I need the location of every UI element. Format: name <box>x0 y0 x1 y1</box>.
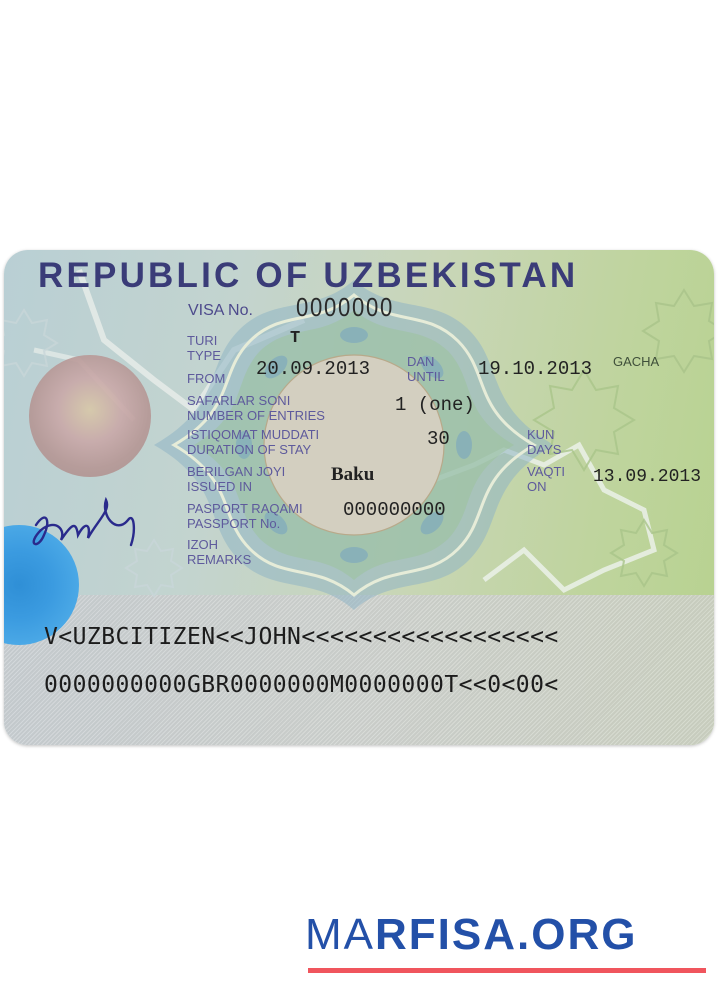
duration-unit: KUN DAYS <box>527 427 561 457</box>
watermark-underline <box>308 968 706 973</box>
mrz-line-1: V<UZBCITIZEN<<JOHN<<<<<<<<<<<<<<<<<< <box>44 624 559 650</box>
issued-on-label: VAQTI ON <box>527 464 565 494</box>
until-label: DAN UNTIL <box>407 354 445 384</box>
issued-on-value: 13.09.2013 <box>593 467 701 487</box>
from-value: 20.09.2013 <box>256 358 370 380</box>
hologram-seal <box>29 355 151 477</box>
visa-number: 0000000 <box>296 292 394 323</box>
mrz-line-2: 0000000000GBR0000000M0000000T<<0<00< <box>44 672 559 698</box>
remarks-label: IZOH REMARKS <box>187 537 251 567</box>
duration-label: ISTIQOMAT MUDDATI DURATION OF STAY <box>187 427 319 457</box>
visa-number-label: VISA No. <box>188 302 253 320</box>
from-label: FROM <box>187 371 225 386</box>
issued-in-label: BERILGAN JOYI ISSUED IN <box>187 464 285 494</box>
entries-label: SAFARLAR SONI NUMBER OF ENTRIES <box>187 393 325 423</box>
country-title: REPUBLIC OF UZBEKISTAN <box>38 256 578 296</box>
duration-value: 30 <box>427 428 450 450</box>
entries-value: 1 (one) <box>395 394 475 416</box>
passport-label: PASPORT RAQAMI PASSPORT No. <box>187 501 303 531</box>
until-suffix: GACHA <box>613 354 659 369</box>
signature <box>16 490 156 560</box>
visa-card: REPUBLIC OF UZBEKISTAN VISA No. 0000000 … <box>4 250 714 745</box>
type-value: T <box>290 329 300 348</box>
passport-value: 000000000 <box>343 499 446 521</box>
until-value: 19.10.2013 <box>478 358 592 380</box>
type-label: TURI TYPE <box>187 333 221 363</box>
issued-in-value: Baku <box>331 464 374 486</box>
marfisa-watermark: MARFISA.ORG <box>305 910 637 960</box>
